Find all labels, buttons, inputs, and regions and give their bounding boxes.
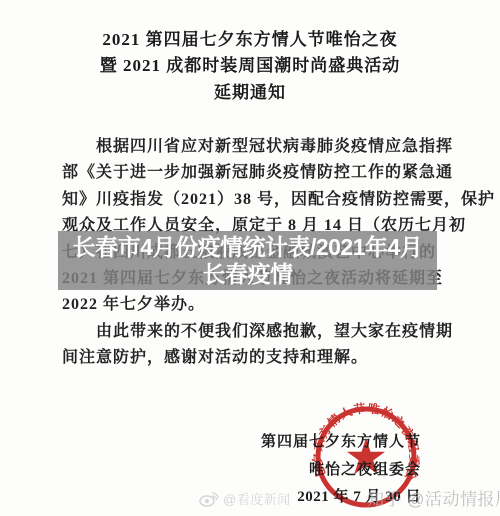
document-body-line: 知》川疫指发（2021）38 号，因配合疫情防控需要，保护 [62, 187, 438, 213]
headline-line-2: 长春疫情 [203, 261, 293, 288]
document-body-line: 由此带来的不便我们深感抱歉，望大家在疫情期 [62, 319, 438, 345]
signature-line: 第四届七夕东方情人节 [255, 429, 421, 457]
watermark-right: 知乎 @活动情报局 [367, 485, 500, 510]
document-title: 2021 第四届七夕东方情人节唯怡之夜暨 2021 成都时装周国潮时尚盛典活动延… [0, 27, 500, 106]
document-body-line: 部《关于进一步加强新冠肺炎疫情防控工作的紧急通 [62, 160, 438, 186]
document-title-line: 暨 2021 成都时装周国潮时尚盛典活动 [0, 53, 500, 79]
watermark-left: @看度新闻 [199, 489, 291, 508]
watermark-left-text: @看度新闻 [223, 489, 291, 508]
document-title-line: 延期通知 [0, 80, 500, 106]
headline-line-1: 长春市4月份疫情统计表/2021年4月 [73, 234, 423, 261]
document-body-line: 根据四川省应对新型冠状病毒肺炎疫情应急指挥 [62, 134, 438, 160]
headline-overlay-banner: 长春市4月份疫情统计表/2021年4月 长春疫情 [58, 231, 437, 290]
document-body-line: 2022 年七夕举办。 [62, 292, 438, 318]
notice-document-photo: 2021 第四届七夕东方情人节唯怡之夜暨 2021 成都时装周国潮时尚盛典活动延… [0, 0, 500, 516]
document-body-line: 间注意防护，感谢对活动的支持和理解。 [62, 345, 438, 371]
weibo-icon [199, 491, 219, 507]
document-title-line: 2021 第四届七夕东方情人节唯怡之夜 [0, 27, 500, 53]
watermark-right-text: 知乎 @活动情报局 [367, 490, 500, 509]
signature-line: 唯怡之夜组委会 [255, 457, 421, 485]
